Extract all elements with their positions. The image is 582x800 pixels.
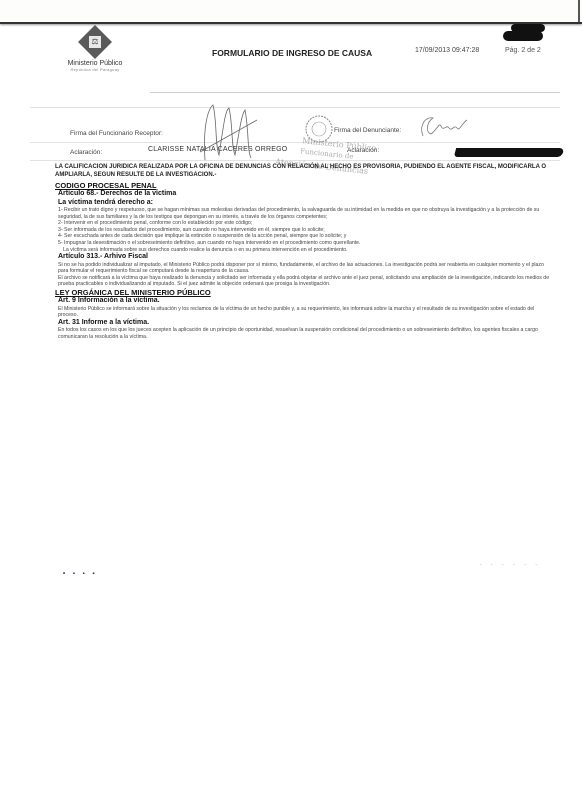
redacted-name xyxy=(454,148,564,157)
scanner-edge-shadow xyxy=(578,0,580,22)
article-subtitle: La víctima tendrá derecho a: xyxy=(58,199,555,208)
article-paragraph: El Ministerio Público se informará sobre… xyxy=(58,306,555,319)
divider xyxy=(150,92,560,93)
article-title: Artículo 313.- Arhivo Fiscal xyxy=(58,253,555,262)
scan-artifact-marks: · · · · · · xyxy=(480,562,541,568)
receptor-signature xyxy=(195,100,265,170)
scales-of-justice-icon: ⚖ xyxy=(78,25,112,59)
article-paragraph: 4- Ser escuchada antes de cada decisión … xyxy=(58,233,555,240)
document-datetime: 17/09/2013 09:47:28 xyxy=(415,47,479,54)
denunciante-signature-label: Firma del Denunciante: xyxy=(334,127,401,134)
receptor-clarification-label: Aclaración: xyxy=(70,149,102,156)
legal-notice: LA CALIFICACION JURIDICA REALIZADA POR L… xyxy=(55,163,555,179)
section-heading: CODIGO PROCESAL PENAL xyxy=(55,181,555,190)
legal-content: CODIGO PROCESAL PENAL Artículo 68.- Dere… xyxy=(55,181,555,340)
section-heading: LEY ORGÁNICA DEL MINISTERIO PÚBLICO xyxy=(55,288,555,297)
scan-artifact-marks: • ▪ ▪ ▪ xyxy=(63,571,97,577)
page-number: Pág. 2 de 2 xyxy=(505,47,541,54)
org-logo: ⚖ Ministerio Público República del Parag… xyxy=(50,26,140,72)
scanner-top-edge xyxy=(0,0,582,24)
article-paragraph: 1- Recibir un trato digno y respetuoso, … xyxy=(58,207,555,220)
article-title: Art. 9 Información a la víctima. xyxy=(58,297,555,306)
article-paragraph: En todos los casos en los que los jueces… xyxy=(58,327,555,340)
article-paragraph: 3- Ser informada de los resultados del p… xyxy=(58,227,555,234)
org-name: Ministerio Público xyxy=(50,60,140,67)
redaction-mark xyxy=(503,24,547,42)
receptor-signature-label: Firma del Funcionario Receptor: xyxy=(70,130,163,137)
article-title: Artículo 68.- Derechos de la víctima xyxy=(58,190,555,199)
divider xyxy=(30,107,560,108)
document-title: FORMULARIO DE INGRESO DE CAUSA xyxy=(212,48,372,58)
article-paragraph: La víctima será informada sobre sus dere… xyxy=(63,247,555,254)
article-title: Art. 31 Informe a la víctima. xyxy=(58,319,555,328)
org-subtitle: República del Paraguay xyxy=(50,67,140,72)
article-paragraph: 5- Impugnar la desestimación o el sobres… xyxy=(58,240,555,247)
divider xyxy=(30,142,560,143)
article-paragraph: Si no se ha podido individualizar al imp… xyxy=(58,262,555,275)
article-paragraph: El archivo se notificará a la víctima qu… xyxy=(58,275,555,288)
article-paragraph: 2- Intervenir en el procedimiento penal,… xyxy=(58,220,555,227)
denunciante-signature xyxy=(415,112,475,140)
